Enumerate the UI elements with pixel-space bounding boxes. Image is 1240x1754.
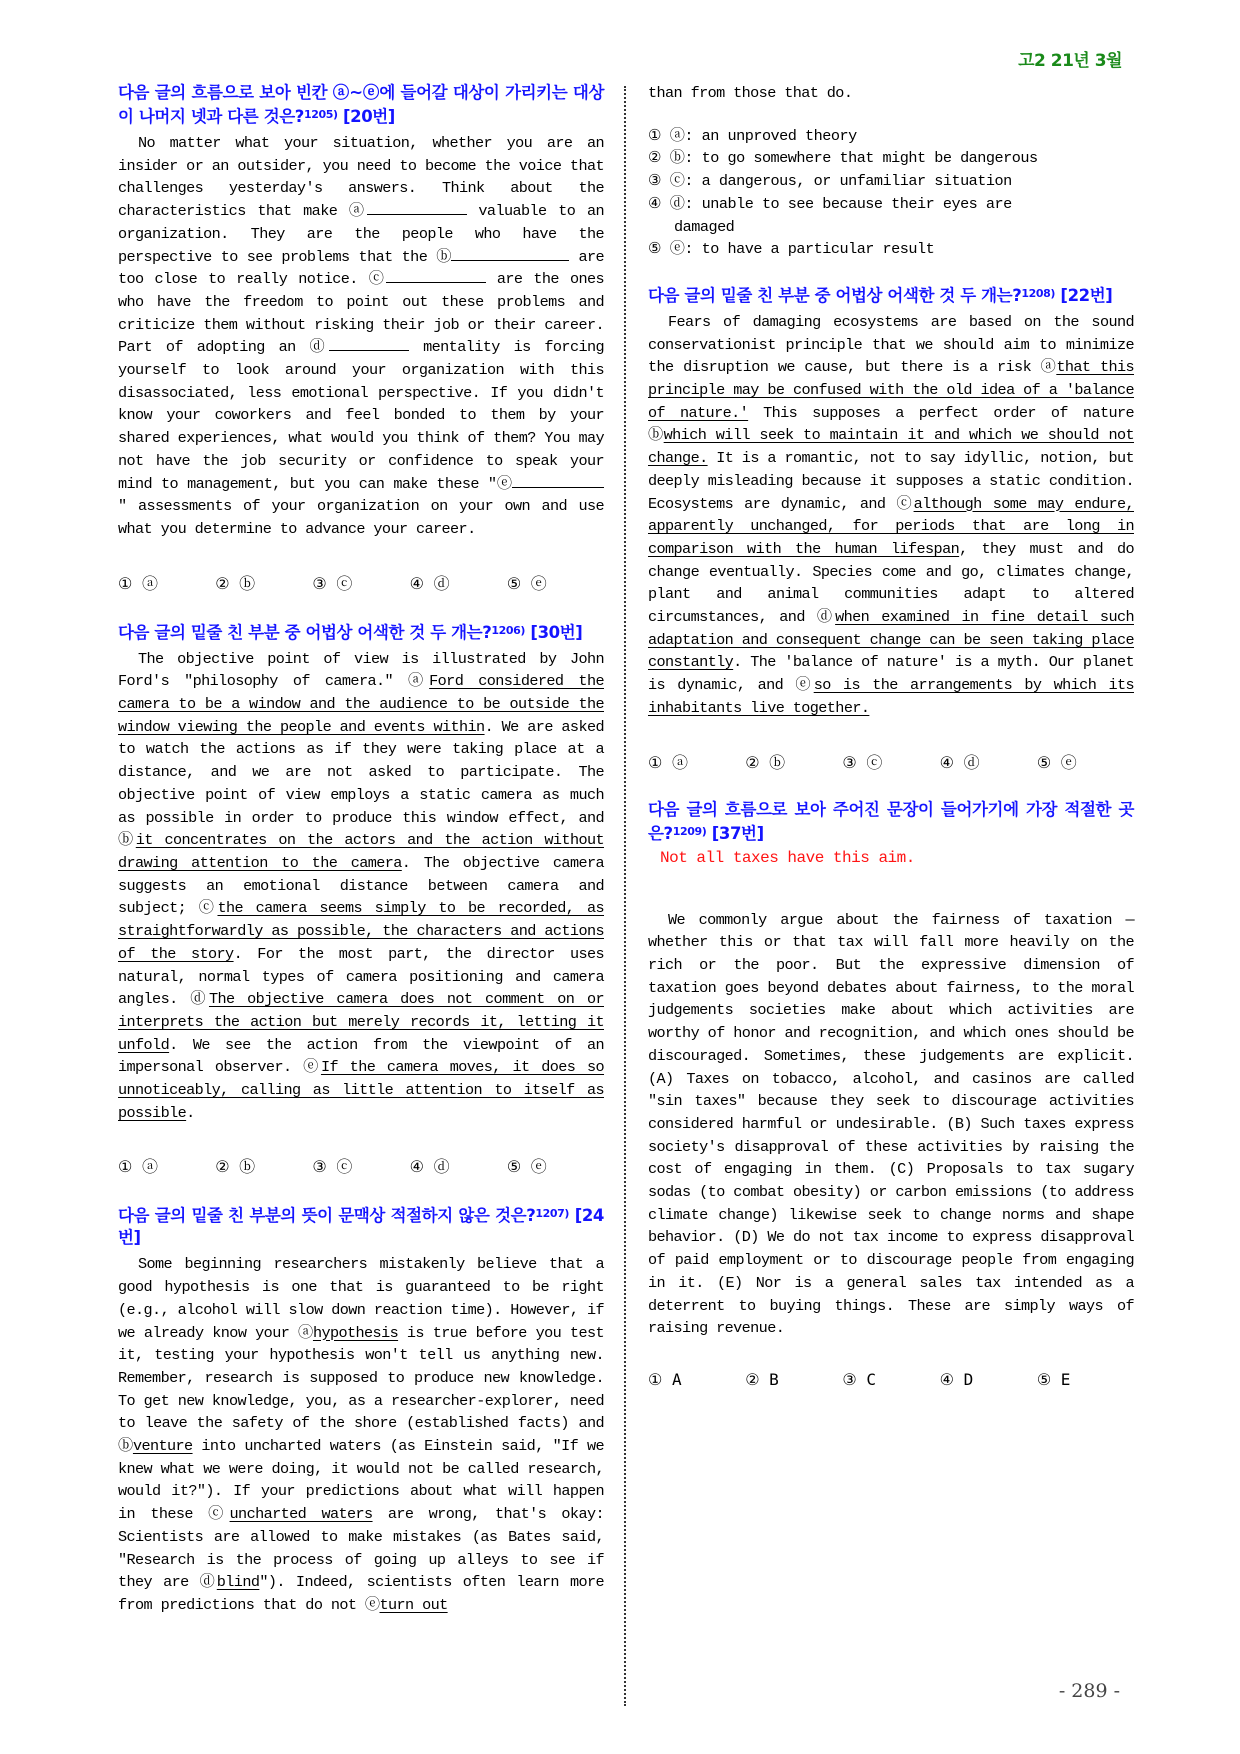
right-column: than from those that do. ① ⓐ: an unprove… [648,82,1134,1415]
blank-c [386,268,486,283]
blank-b [451,246,569,261]
answer-choices: ① A ② B ③ C ④ D ⑤ E [648,1370,1134,1389]
question-passage: Fears of damaging ecosystems are based o… [648,311,1134,720]
blank-d [329,336,409,351]
question-passage: No matter what your situation, whether y… [118,132,604,541]
choice-2[interactable]: ② ⓑ: to go somewhere that might be dange… [648,147,1134,170]
choice-3[interactable]: ③ ⓒ: a dangerous, or unfamiliar situatio… [648,170,1134,193]
choice-4-continued: damaged [648,216,1134,239]
choice-3[interactable]: ③ ⓒ [312,571,409,594]
question-1205: 다음 글의 흐름으로 보아 빈칸 ⓐ~ⓔ에 들어갈 대상이 가리키는 대상이 나… [118,82,604,594]
choice-1[interactable]: ① ⓐ: an unproved theory [648,125,1134,148]
underline-a: hypothesis [313,1324,398,1342]
column-divider [624,86,626,1706]
choice-4[interactable]: ④ ⓓ [410,1154,507,1177]
choice-2[interactable]: ② ⓑ [215,571,312,594]
page-number: - 289 - [1059,1680,1120,1702]
question-passage: We commonly argue about the fairness of … [648,909,1134,1340]
question-1208: 다음 글의 밑줄 친 부분 중 어법상 어색한 것 두 개는?1208) [22… [648,283,1134,773]
answer-choices: ① ⓐ ② ⓑ ③ ⓒ ④ ⓓ ⑤ ⓔ [118,1154,604,1177]
choice-1[interactable]: ① ⓐ [118,1154,215,1177]
question-1209: 다음 글의 흐름으로 보아 주어진 문장이 들어가기에 가장 적절한 곳은?12… [648,799,1134,1389]
choice-5[interactable]: ⑤ E [1037,1370,1134,1389]
choice-1[interactable]: ① A [648,1370,745,1389]
choice-3[interactable]: ③ ⓒ [842,750,939,773]
question-title: 다음 글의 밑줄 친 부분 중 어법상 어색한 것 두 개는?1206) [30… [118,620,604,644]
choice-2[interactable]: ② ⓑ [745,750,842,773]
underline-b: venture [133,1437,193,1455]
question-passage: The objective point of view is illustrat… [118,648,604,1125]
left-column: 다음 글의 흐름으로 보아 빈칸 ⓐ~ⓔ에 들어갈 대상이 가리키는 대상이 나… [118,82,604,1617]
question-title: 다음 글의 밑줄 친 부분의 뜻이 문맥상 적절하지 않은 것은?1207) [… [118,1203,604,1249]
choice-5[interactable]: ⑤ ⓔ [507,1154,604,1177]
choice-2[interactable]: ② B [745,1370,842,1389]
exam-tag: 고2 21년 3월 [1018,46,1122,71]
choice-5[interactable]: ⑤ ⓔ [507,571,604,594]
choice-1[interactable]: ① ⓐ [118,571,215,594]
choice-3[interactable]: ③ ⓒ [312,1154,409,1177]
underline-d: blind [217,1573,260,1591]
question-passage: Some beginning researchers mistakenly be… [118,1253,604,1616]
underline-e: turn out [380,1596,448,1614]
choice-5[interactable]: ⑤ ⓔ [1037,750,1134,773]
choice-4[interactable]: ④ ⓓ [940,750,1037,773]
choice-4[interactable]: ④ ⓓ: unable to see because their eyes ar… [648,193,1134,216]
choice-3[interactable]: ③ C [842,1370,939,1389]
question-title: 다음 글의 밑줄 친 부분 중 어법상 어색한 것 두 개는?1208) [22… [648,283,1134,307]
passage-continuation: than from those that do. [648,82,1134,105]
choice-1[interactable]: ① ⓐ [648,750,745,773]
question-title: 다음 글의 흐름으로 보아 주어진 문장이 들어가기에 가장 적절한 곳은?12… [648,799,1134,845]
question-title: 다음 글의 흐름으로 보아 빈칸 ⓐ~ⓔ에 들어갈 대상이 가리키는 대상이 나… [118,82,604,128]
choice-4[interactable]: ④ ⓓ [410,571,507,594]
question-1207: 다음 글의 밑줄 친 부분의 뜻이 문맥상 적절하지 않은 것은?1207) [… [118,1203,604,1616]
underline-c: uncharted waters [230,1505,373,1523]
question-1206: 다음 글의 밑줄 친 부분 중 어법상 어색한 것 두 개는?1206) [30… [118,620,604,1178]
answer-choices: ① ⓐ ② ⓑ ③ ⓒ ④ ⓓ ⑤ ⓔ [648,750,1134,773]
answer-choices-1207: ① ⓐ: an unproved theory ② ⓑ: to go somew… [648,125,1134,261]
given-sentence: Not all taxes have this aim. [660,849,1134,867]
blank-a [367,200,467,215]
choice-2[interactable]: ② ⓑ [215,1154,312,1177]
choice-4[interactable]: ④ D [940,1370,1037,1389]
choice-5[interactable]: ⑤ ⓔ: to have a particular result [648,238,1134,261]
blank-e [512,473,604,488]
answer-choices: ① ⓐ ② ⓑ ③ ⓒ ④ ⓓ ⑤ ⓔ [118,571,604,594]
